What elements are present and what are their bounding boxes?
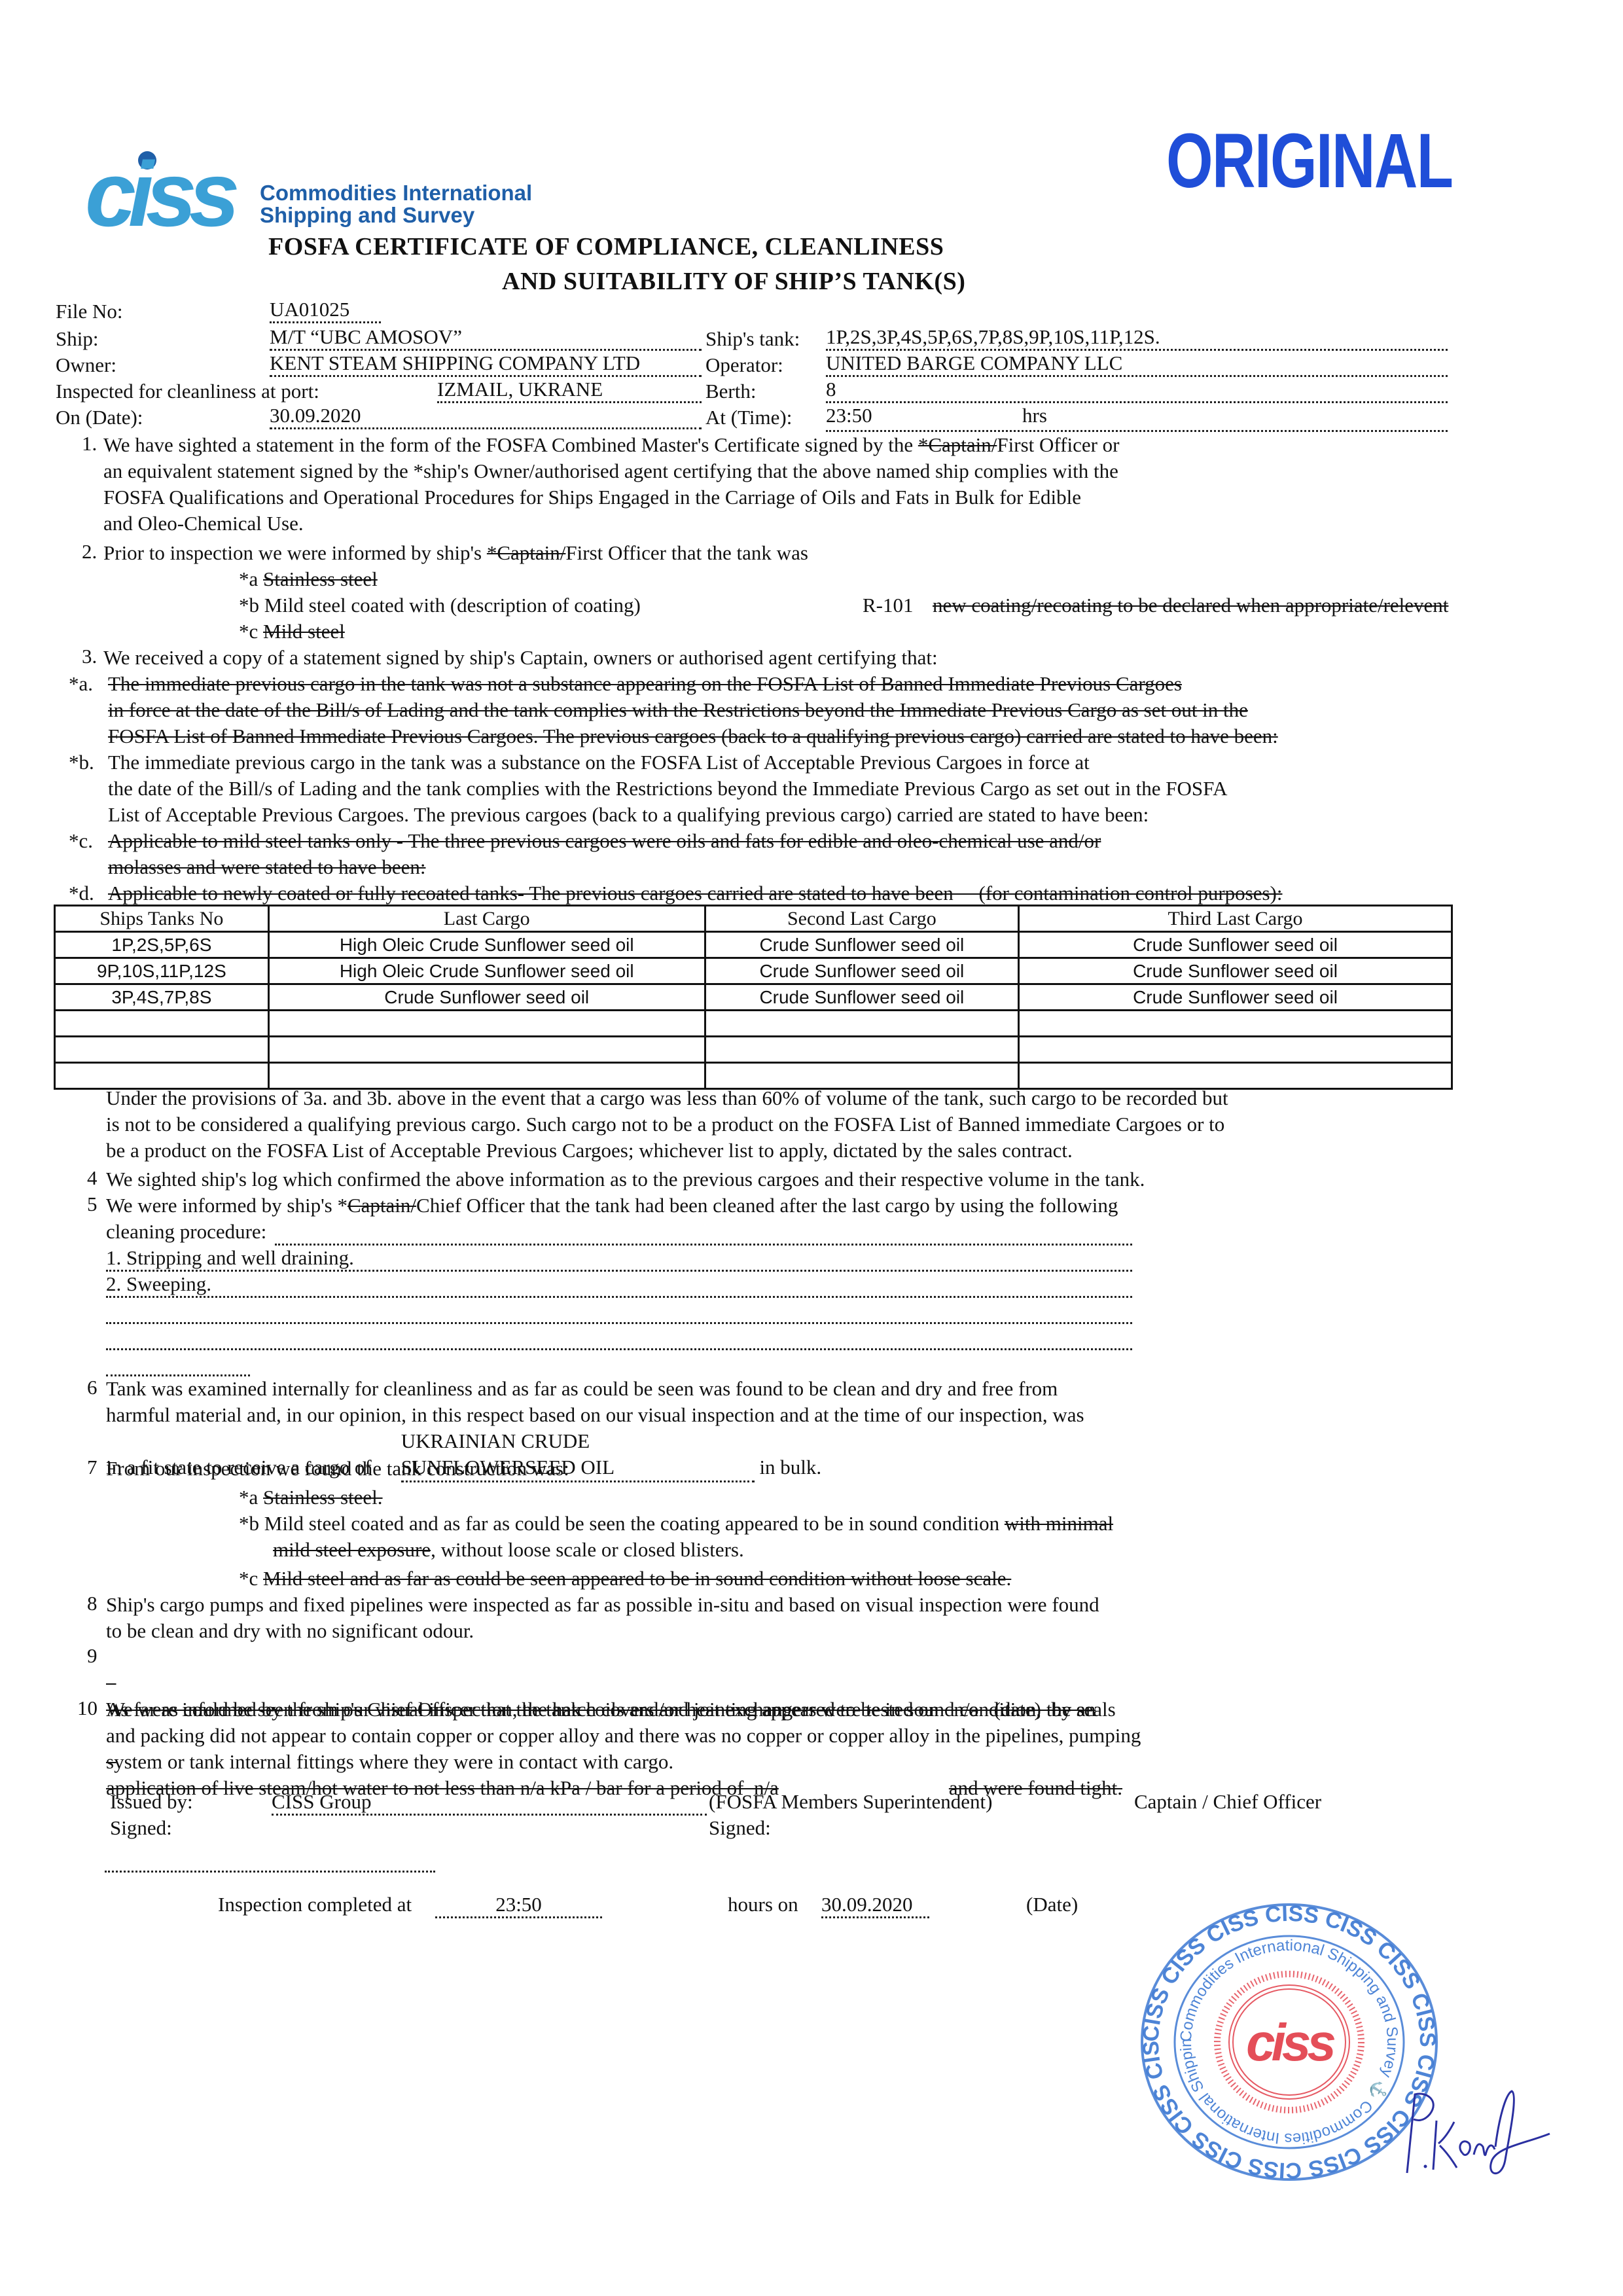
section2-text: Prior to inspection we were informed by …	[103, 540, 808, 566]
ships-tank-label: Ship's tank:	[705, 327, 800, 351]
signature-icon	[1400, 2081, 1551, 2179]
svg-text:ciss: ciss	[85, 147, 238, 232]
section3a-mark: *a.	[69, 671, 93, 697]
cleaning-procedure-label: cleaning procedure:	[106, 1219, 266, 1245]
section7-option-c: *c Mild steel and as far as could be see…	[239, 1566, 1011, 1592]
completion-label: Inspection completed at	[218, 1892, 412, 1918]
ship-label: Ship:	[56, 327, 98, 351]
col-header-last-cargo: Last Cargo	[268, 906, 705, 932]
section7-intro: From our inspection we found the tank co…	[106, 1456, 569, 1482]
section6-number: 6	[87, 1376, 98, 1399]
provisions-text: Under the provisions of 3a. and 3b. abov…	[106, 1085, 1228, 1164]
ship-value: M/T “UBC AMOSOV”	[270, 325, 702, 351]
certificate-title-line2: AND SUITABILITY OF SHIP’S TANK(S)	[502, 267, 965, 296]
completion-time: 23:50	[435, 1892, 602, 1918]
ciss-logo-icon: ciss	[85, 147, 255, 232]
cleaning-line-0	[275, 1219, 1132, 1246]
section2-number: 2.	[82, 540, 97, 564]
section7-number: 7	[87, 1456, 98, 1479]
section8-number: 8	[87, 1592, 98, 1615]
issued-by-label: Issued by:	[110, 1789, 193, 1815]
time-value: 23:50	[826, 404, 872, 427]
captain-label: Captain / Chief Officer	[1134, 1789, 1321, 1815]
cleaning-step-2: 2. Sweeping.	[106, 1271, 1132, 1298]
issued-by-value: CISS Group	[272, 1789, 707, 1816]
struck-captain: *Captain/	[918, 433, 997, 456]
signed-label: Signed:	[110, 1815, 172, 1841]
section3-number: 3.	[82, 645, 97, 668]
table-row	[55, 1011, 1452, 1037]
fosfa-superintendent-label: (FOSFA Members Superintendent)	[709, 1789, 992, 1815]
signature-line	[105, 1846, 435, 1873]
cleaning-line-5	[106, 1350, 250, 1376]
operator-label: Operator:	[705, 353, 783, 377]
berth-value: 8	[826, 378, 1448, 403]
table-row: 1P,2S,5P,6SHigh Oleic Crude Sunflower se…	[55, 932, 1452, 958]
col-header-third-last-cargo: Third Last Cargo	[1019, 906, 1452, 932]
section8-text: Ship's cargo pumps and fixed pipelines w…	[106, 1592, 1099, 1644]
ships-tank-value: 1P,2S,3P,4S,5P,6S,7P,8S,9P,10S,11P,12S.	[826, 325, 1448, 351]
coating-value: R-101	[863, 592, 914, 619]
time-field: 23:50 hrs	[826, 404, 1448, 432]
hours-on-label: hours on	[728, 1892, 798, 1918]
section3b-mark: *b.	[69, 749, 94, 776]
table-row: 3P,4S,7P,8SCrude Sunflower seed oilCrude…	[55, 984, 1452, 1011]
section3b-text: The immediate previous cargo in the tank…	[108, 749, 1227, 828]
section4-text: We sighted ship's log which confirmed th…	[106, 1166, 1145, 1193]
owner-value: KENT STEAM SHIPPING COMPANY LTD	[270, 351, 702, 377]
file-no-label: File No:	[56, 300, 122, 323]
date-value: 30.09.2020	[270, 404, 702, 429]
original-stamp: ORIGINAL	[1166, 117, 1452, 206]
section5-number: 5	[87, 1193, 98, 1216]
section2-option-b: *b Mild steel coated with (description o…	[239, 592, 641, 619]
signed-label-2: Signed:	[709, 1815, 771, 1841]
section3d-text: Applicable to newly coated or fully reco…	[108, 880, 1282, 906]
company-name-line1: Commodities International	[260, 181, 532, 205]
section1-text: We have sighted a statement in the form …	[103, 432, 1452, 537]
port-value: IZMAIL, UKRANE	[437, 378, 702, 403]
section3-intro: We received a copy of a statement signed…	[103, 645, 938, 671]
time-label: At (Time):	[705, 406, 792, 429]
section1-number: 1.	[82, 432, 97, 456]
date-label-paren: (Date)	[1026, 1892, 1078, 1918]
previous-cargoes-table: Ships Tanks No Last Cargo Second Last Ca…	[54, 905, 1453, 1090]
section3c-mark: *c.	[69, 828, 93, 854]
port-label: Inspected for cleanliness at port:	[56, 380, 319, 403]
section9-number: 9	[87, 1644, 98, 1668]
handwritten-signature	[1400, 2081, 1551, 2179]
table-row	[55, 1037, 1452, 1063]
section10-text: As far as could be seen from our visual …	[106, 1696, 1141, 1775]
svg-text:ciss: ciss	[1246, 2013, 1334, 2072]
certificate-title-line1: FOSFA CERTIFICATE OF COMPLIANCE, CLEANLI…	[268, 232, 944, 261]
col-header-tanks: Ships Tanks No	[55, 906, 269, 932]
section3d-mark: *d.	[69, 880, 94, 906]
section2-option-c: *c Mild steel	[239, 619, 345, 645]
cleaning-line-4	[106, 1323, 1132, 1350]
berth-label: Berth:	[705, 380, 757, 403]
section2-option-a: *a Stainless steel	[239, 566, 378, 592]
completion-date: 30.09.2020	[821, 1892, 929, 1918]
time-unit: hrs	[1022, 404, 1047, 427]
company-logo: ciss	[85, 147, 255, 232]
file-no-value: UA01025	[270, 298, 381, 323]
cleaning-line-3	[106, 1297, 1132, 1324]
section3c-text: Applicable to mild steel tanks only - Th…	[108, 828, 1101, 880]
date-label: On (Date):	[56, 406, 143, 429]
col-header-second-last-cargo: Second Last Cargo	[705, 906, 1018, 932]
table-header-row: Ships Tanks No Last Cargo Second Last Ca…	[55, 906, 1452, 932]
coating-note: new coating/recoating to be declared whe…	[933, 592, 1448, 619]
section5-text: We were informed by ship's *Captain/Chie…	[106, 1193, 1118, 1219]
cleaning-step-1: 1. Stripping and well draining.	[106, 1245, 1132, 1272]
section3a-text: The immediate previous cargo in the tank…	[108, 671, 1278, 749]
operator-value: UNITED BARGE COMPANY LLC	[826, 351, 1448, 377]
company-name-line2: Shipping and Survey	[260, 204, 474, 227]
section7-option-b: *b Mild steel coated and as far as could…	[239, 1511, 1113, 1563]
section4-number: 4	[87, 1166, 98, 1190]
section10-number: 10	[77, 1696, 98, 1720]
owner-label: Owner:	[56, 353, 116, 377]
section7-option-a: *a Stainless steel.	[239, 1484, 383, 1511]
table-row: 9P,10S,11P,12SHigh Oleic Crude Sunflower…	[55, 958, 1452, 984]
